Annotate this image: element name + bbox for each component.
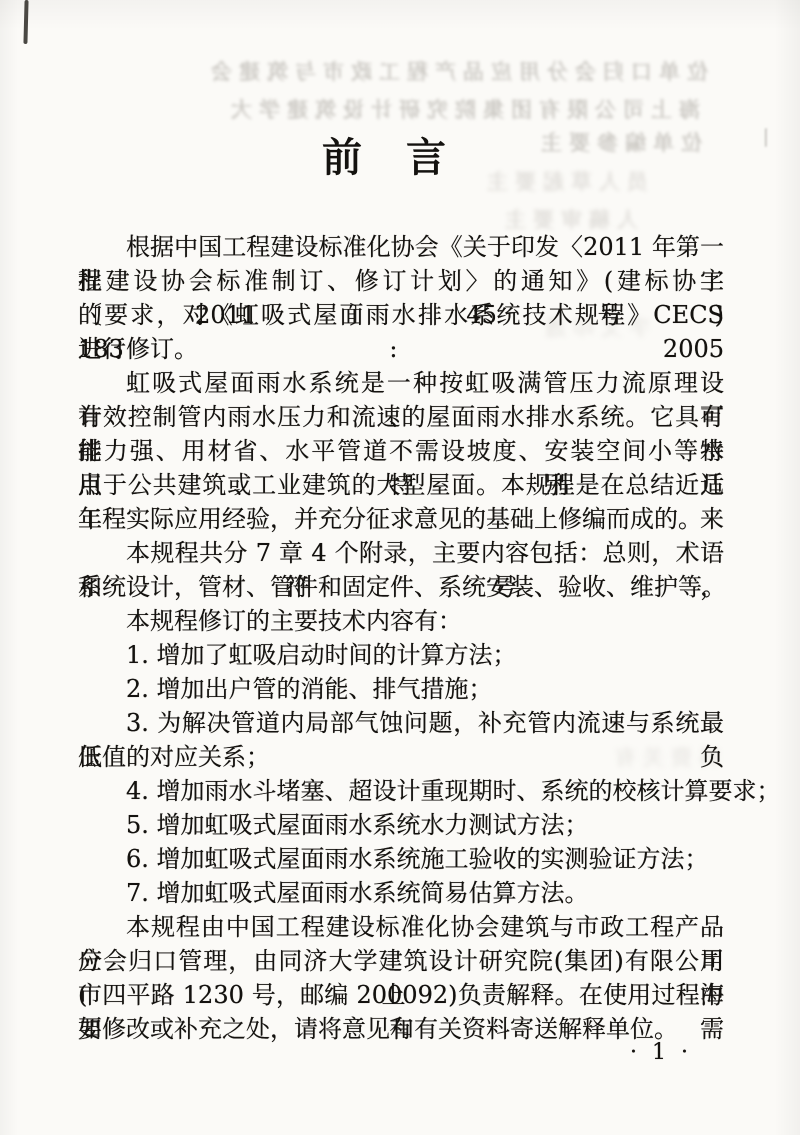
body-text-line: 5. 增加虹吸式屋面雨水系统水力测试方法； (78, 808, 724, 842)
body-text-line: 3. 为解决管道内局部气蚀问题，补充管内流速与系统最低负 (78, 706, 724, 740)
body-text-line: 6. 增加虹吸式屋面雨水系统施工验收的实测验证方法； (78, 842, 724, 876)
body-text-line: 本规程共分 7 章 4 个附录，主要内容包括：总则，术语和符号， (78, 536, 724, 570)
body-text-line: 分会归口管理，由同济大学建筑设计研究院(集团)有限公司(上海 (78, 944, 724, 978)
body-text-line: 4. 增加雨水斗堵塞、超设计重现期时、系统的校核计算要求； (78, 774, 724, 808)
body-text-line: 7. 增加虹吸式屋面雨水系统简易估算方法。 (78, 876, 724, 910)
bleed-through-text: 海上司公限有团集院究研计设筑建学大 (140, 94, 700, 124)
page-title: 前 言 (0, 126, 770, 183)
body-text-line: 的要求，对《虹吸式屋面雨水排水系统技术规程》CECS 183 : 2005 (78, 298, 724, 332)
body-text-line: 系统设计，管材、管件和固定件、系统安装、验收、维护等。 (78, 570, 724, 604)
body-text-line: 根据中国工程建设标准化协会《关于印发〈2011 年第一批工 (78, 230, 724, 264)
page-number: · 1 · (630, 1040, 720, 1065)
bleed-through-text: 位单口归会分用应品产程工政市与筑建会 (108, 56, 708, 86)
body-text-line: 1. 增加了虹吸启动时间的计算方法； (78, 638, 724, 672)
body-text-line: 2. 增加出户管的消能、排气措施； (78, 672, 724, 706)
body-text-line: 用于公共建筑或工业建筑的大型屋面。本规程是在总结近几年来 (78, 468, 724, 502)
scan-artifact-line (23, 0, 28, 44)
body-text-line: 程建设协会标准制订、修订计划〉的通知》(建标协字〔2011〕45 号) (78, 264, 724, 298)
body-text-line: 能力强、用材省、水平管道不需设坡度、安装空间小等特点、特别适 (78, 434, 724, 468)
body-text-line: 本规程修订的主要技术内容有： (78, 604, 724, 638)
body-text-line: 要修改或补充之处，请将意见和有关资料寄送解释单位。 (78, 1012, 724, 1046)
preface-body: 根据中国工程建设标准化协会《关于印发〈2011 年第一批工程建设协会标准制订、修… (78, 230, 724, 1046)
body-text-line: 工程实际应用经验，并充分征求意见的基础上修编而成的。 (78, 502, 724, 536)
body-text-line: 本规程由中国工程建设标准化协会建筑与市政工程产品应用 (78, 910, 724, 944)
body-text-line: 有效控制管内雨水压力和流速的屋面雨水排水系统。它具有排水 (78, 400, 724, 434)
body-text-line: 虹吸式屋面雨水系统是一种按虹吸满管压力流原理设计、可 (78, 366, 724, 400)
body-text-line: 市四平路 1230 号，邮编 200092)负责解释。在使用过程中如有需 (78, 978, 724, 1012)
scanned-document-page: 位单口归会分用应品产程工政市与筑建会 海上司公限有团集院究研计设筑建学大 位单编… (0, 0, 800, 1135)
